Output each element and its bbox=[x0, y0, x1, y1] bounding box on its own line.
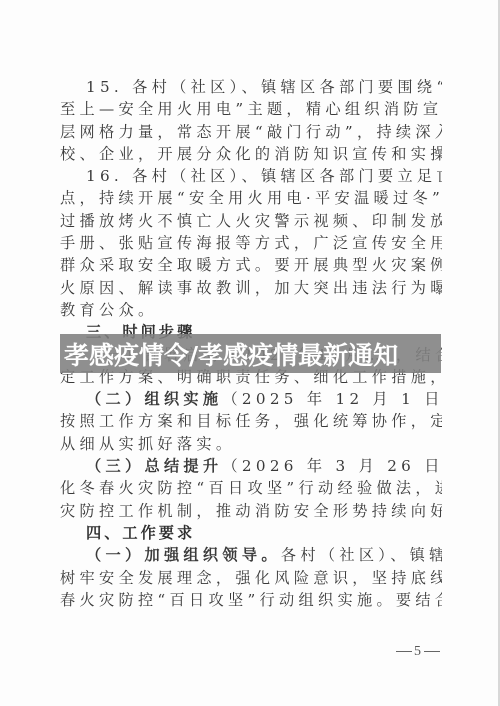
paragraph-line: 手册、张贴宣传海报等方式，广泛宣传安全用火用电常识，引导 bbox=[60, 232, 442, 254]
paragraph-line: （二）组织实施（2025 年 12 月 1 日至 2026 年 3 月 25 日… bbox=[60, 388, 442, 410]
paragraph-line: 过播放烤火不慎亡人火灾警示视频、印制发放冬春季节消防宣传 bbox=[60, 210, 442, 232]
step-dates: （2026 年 3 月 26 日至 3 月 31 日）。总结固 bbox=[222, 457, 442, 475]
requirement-text: 各村（社区）、镇辖区各部门要切实 bbox=[281, 546, 442, 564]
paragraph-line: 层网格力量，常态开展“敲门行动”，持续深入社区、家庭、学 bbox=[60, 121, 442, 143]
banner-title: 孝感疫情令/孝感疫情最新通知 bbox=[64, 336, 398, 372]
paragraph-line: 16. 各村（社区）、镇辖区各部门要立足亡人火灾和冬季特 bbox=[60, 165, 442, 187]
paragraph-line: 春火灾防控“百日攻坚”行动组织实施。要结合治本攻坚三年行 bbox=[60, 589, 442, 611]
paragraph-line: （三）总结提升（2026 年 3 月 26 日至 3 月 31 日）。总结固 bbox=[60, 455, 442, 477]
paragraph-line: 化冬春火灾防控“百日攻坚”行动经验做法，进一步健全完善火 bbox=[60, 477, 442, 499]
step-lead: （二）组织实施 bbox=[86, 390, 222, 408]
paragraph-line: 点，持续开展“安全用火用电·平安温暖过冬”消防宣传活动，通 bbox=[60, 187, 442, 209]
paragraph-line: 教育公众。 bbox=[60, 299, 442, 321]
paragraph-line: 从细从实抓好落实。 bbox=[60, 433, 442, 455]
step-lead: （三）总结提升 bbox=[86, 457, 222, 475]
paragraph-line: 群众采取安全取暖方式。要开展典型火灾案例警示教育，剖析起 bbox=[60, 254, 442, 276]
paragraph-line: 15. 各村（社区）、镇辖区各部门要围绕“全民消防，生命 bbox=[60, 76, 442, 98]
paragraph-line: 火原因、解读事故教训，加大突出违法行为曝光力度，警示企业、 bbox=[60, 277, 442, 299]
paragraph-line: 按照工作方案和目标任务，强化统筹协作，定期分析研判，从严 bbox=[60, 410, 442, 432]
requirement-lead: （一）加强组织领导。 bbox=[86, 546, 281, 564]
dash-left bbox=[396, 651, 412, 652]
page-number: 5 bbox=[394, 644, 442, 660]
dash-right bbox=[424, 651, 440, 652]
overlay-title-banner: 孝感疫情令/孝感疫情最新通知 bbox=[60, 334, 441, 373]
paragraph-line: 灾防控工作机制，推动消防安全形势持续向好。 bbox=[60, 500, 442, 522]
page-number-value: 5 bbox=[414, 644, 422, 659]
step-dates: （2025 年 12 月 1 日至 2026 年 3 月 25 日）。 bbox=[222, 390, 442, 408]
paragraph-line: （一）加强组织领导。各村（社区）、镇辖区各部门要切实 bbox=[60, 544, 442, 566]
paragraph-line: 至上—安全用火用电”主题，精心组织消防宣传月活动。联动基 bbox=[60, 98, 442, 120]
section-heading: 四、工作要求 bbox=[60, 522, 442, 544]
paragraph-line: 校、企业，开展分众化的消防知识宣传和实操技能培训。 bbox=[60, 143, 442, 165]
paragraph-line: 树牢安全发展理念，强化风险意识，坚持底线思维，层层抓好冬 bbox=[60, 567, 442, 589]
